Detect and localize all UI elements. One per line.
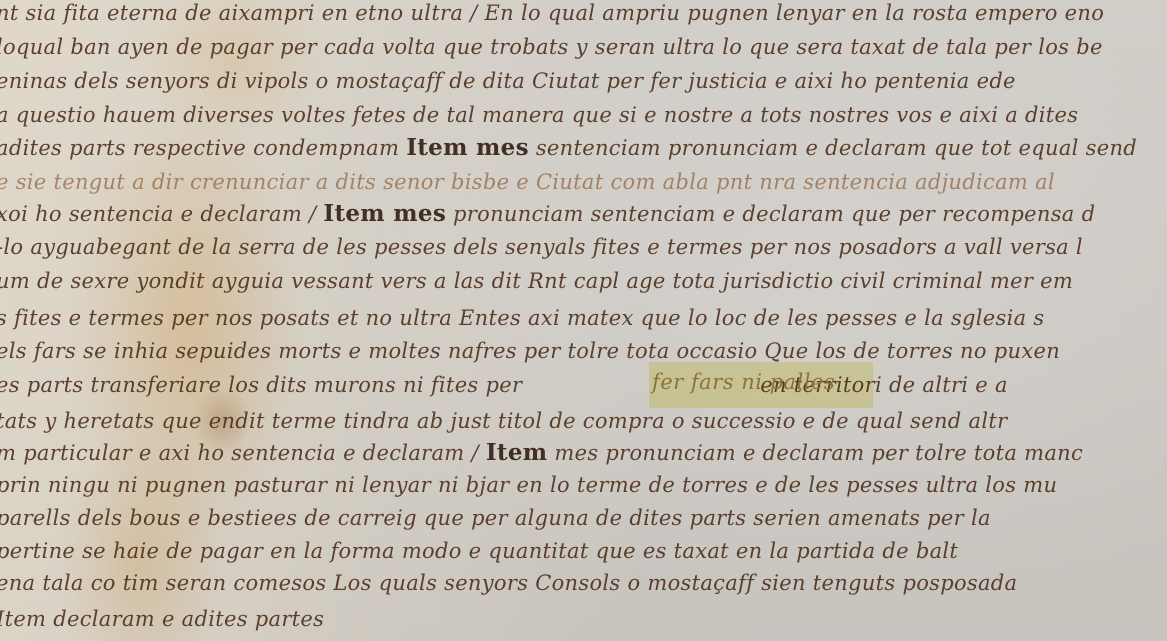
rubric-item: Item mes [323,200,446,227]
text-line-7: xoi ho sentencia e declaram / Item mes p… [0,199,1095,229]
text-line-4: a questio hauem diverses voltes fetes de… [0,100,1078,130]
text-line-9: um de sexre yondit ayguia vessant vers a… [0,266,1073,296]
text-line-11: els fars se inhia sepuides morts e molte… [0,336,1060,366]
manuscript-page: nt sia fita eterna de aixampri en etno u… [0,0,1167,641]
text-line-1: nt sia fita eterna de aixampri en etno u… [0,0,1104,28]
text-line-14: m particular e axi ho sentencia e declar… [0,438,1083,468]
highlighted-phrase[interactable]: fer fars ni palles [652,370,835,394]
text-line-17: pertine se haie de pagar en la forma mod… [0,536,958,566]
text-line-13: tats y heretats que endit terme tindra a… [0,406,1007,436]
text-line-6: e sie tengut a dir crenunciar a dits sen… [0,167,1055,197]
text-line-16: parells dels bous e bestiees de carreig … [0,503,991,533]
text-line-18: ena tala co tim seran comesos Los quals … [0,568,1017,598]
text-line-5: adites parts respective condempnam Item … [0,133,1137,163]
rubric-item: Item [486,439,548,466]
text-line-8: -lo ayguabegant de la serra de les pesse… [0,232,1083,262]
rubric-item: Item mes [406,134,529,161]
text-line-15: prin ningu ni pugnen pasturar ni lenyar … [0,470,1057,500]
text-line-3: eninas dels senyors di vipols o mostaçaf… [0,66,1016,96]
text-line-19: Item declaram e adites partes [0,604,324,634]
text-line-2: loqual ban ayen de pagar per cada volta … [0,32,1103,62]
text-line-10: s fites e termes per nos posats et no ul… [0,303,1044,333]
